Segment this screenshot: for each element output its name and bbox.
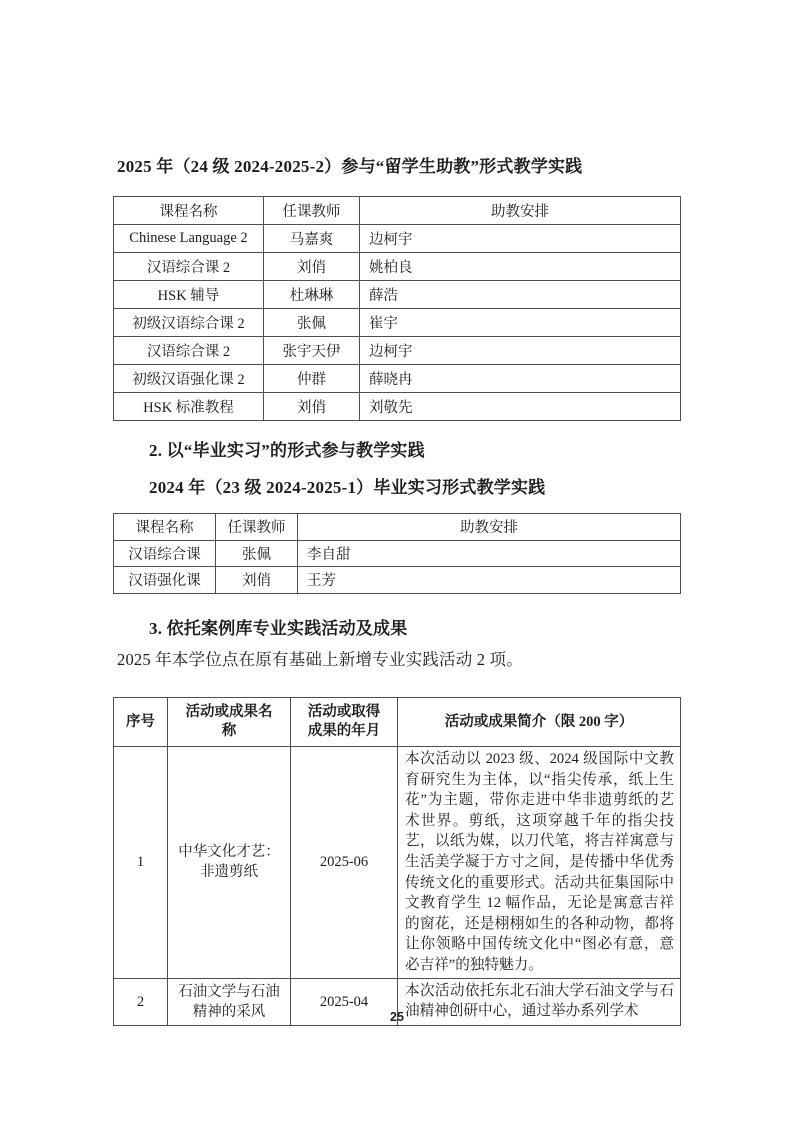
- cell-assistant: 薛晓冉: [360, 365, 681, 393]
- header-course-name: 课程名称: [114, 197, 264, 225]
- document-page: 2025 年（24 级 2024-2025-2）参与“留学生助教”形式教学实践 …: [0, 0, 794, 1122]
- cell-teacher: 刘俏: [216, 567, 298, 594]
- cell-course: 初级汉语综合课 2: [114, 309, 264, 337]
- cell-course: HSK 标准教程: [114, 393, 264, 421]
- cell-assistant: 刘敬先: [360, 393, 681, 421]
- section1-title: 2025 年（24 级 2024-2025-2）参与“留学生助教”形式教学实践: [117, 152, 582, 177]
- assistant-teaching-table-2025: 课程名称 任课教师 助教安排 Chinese Language 2 马嘉爽 边柯…: [113, 196, 681, 421]
- table-header-row: 课程名称 任课教师 助教安排: [114, 514, 681, 541]
- header-assistant: 助教安排: [298, 514, 681, 541]
- cell-assistant: 崔宇: [360, 309, 681, 337]
- cell-assistant: 边柯宇: [360, 225, 681, 253]
- table-row: 1 中华文化才艺：非遗剪纸 2025-06 本次活动以 2023 级、2024 …: [114, 747, 681, 979]
- header-activity-intro: 活动或成果简介（限 200 字）: [398, 698, 681, 747]
- table-header-row: 序号 活动或成果名称 活动或取得成果的年月 活动或成果简介（限 200 字）: [114, 698, 681, 747]
- header-activity-name: 活动或成果名称: [168, 698, 291, 747]
- cell-assistant: 王芳: [298, 567, 681, 594]
- cell-course: 汉语强化课: [114, 567, 216, 594]
- section3-paragraph: 2025 年本学位点在原有基础上新增专业实践活动 2 项。: [117, 646, 523, 670]
- cell-teacher: 刘俏: [264, 393, 360, 421]
- header-seq: 序号: [114, 698, 168, 747]
- practice-activities-table: 序号 活动或成果名称 活动或取得成果的年月 活动或成果简介（限 200 字） 1…: [113, 697, 681, 1026]
- header-teacher: 任课教师: [264, 197, 360, 225]
- header-activity-date: 活动或取得成果的年月: [291, 698, 398, 747]
- cell-activity-date: 2025-06: [291, 747, 398, 979]
- cell-teacher: 张宇天伊: [264, 337, 360, 365]
- section2-subtitle: 2024 年（23 级 2024-2025-1）毕业实习形式教学实践: [149, 473, 545, 498]
- section2-heading: 2. 以“毕业实习”的形式参与教学实践: [149, 436, 425, 461]
- table-row: HSK 辅导 杜琳琳 薛浩: [114, 281, 681, 309]
- cell-teacher: 张佩: [216, 540, 298, 567]
- cell-course: 汉语综合课 2: [114, 253, 264, 281]
- cell-assistant: 薛浩: [360, 281, 681, 309]
- cell-teacher: 马嘉爽: [264, 225, 360, 253]
- graduation-practice-table-2024: 课程名称 任课教师 助教安排 汉语综合课 张佩 李自甜 汉语强化课 刘俏 王芳: [113, 513, 681, 594]
- cell-course: HSK 辅导: [114, 281, 264, 309]
- cell-course: 汉语综合课: [114, 540, 216, 567]
- cell-teacher: 杜琳琳: [264, 281, 360, 309]
- table-header-row: 课程名称 任课教师 助教安排: [114, 197, 681, 225]
- cell-teacher: 刘俏: [264, 253, 360, 281]
- header-assistant: 助教安排: [360, 197, 681, 225]
- cell-teacher: 仲群: [264, 365, 360, 393]
- cell-activity-name: 中华文化才艺：非遗剪纸: [168, 747, 291, 979]
- cell-seq: 1: [114, 747, 168, 979]
- table-row: 汉语综合课 2 张宇天伊 边柯宇: [114, 337, 681, 365]
- table-row: 汉语强化课 刘俏 王芳: [114, 567, 681, 594]
- header-teacher: 任课教师: [216, 514, 298, 541]
- cell-course: 初级汉语强化课 2: [114, 365, 264, 393]
- page-number: 25: [0, 1010, 794, 1024]
- cell-course: 汉语综合课 2: [114, 337, 264, 365]
- table-row: 汉语综合课 张佩 李自甜: [114, 540, 681, 567]
- table-row: 初级汉语强化课 2 仲群 薛晓冉: [114, 365, 681, 393]
- cell-assistant: 边柯宇: [360, 337, 681, 365]
- table-row: 汉语综合课 2 刘俏 姚柏良: [114, 253, 681, 281]
- cell-assistant: 李自甜: [298, 540, 681, 567]
- section3-heading: 3. 依托案例库专业实践活动及成果: [149, 614, 407, 639]
- table-row: HSK 标准教程 刘俏 刘敬先: [114, 393, 681, 421]
- cell-teacher: 张佩: [264, 309, 360, 337]
- cell-course: Chinese Language 2: [114, 225, 264, 253]
- document-content: 2025 年（24 级 2024-2025-2）参与“留学生助教”形式教学实践 …: [113, 0, 681, 1122]
- table-row: 初级汉语综合课 2 张佩 崔宇: [114, 309, 681, 337]
- cell-assistant: 姚柏良: [360, 253, 681, 281]
- header-course-name: 课程名称: [114, 514, 216, 541]
- cell-activity-intro: 本次活动以 2023 级、2024 级国际中文教育研究生为主体，以“指尖传承，纸…: [398, 747, 681, 979]
- table-row: Chinese Language 2 马嘉爽 边柯宇: [114, 225, 681, 253]
